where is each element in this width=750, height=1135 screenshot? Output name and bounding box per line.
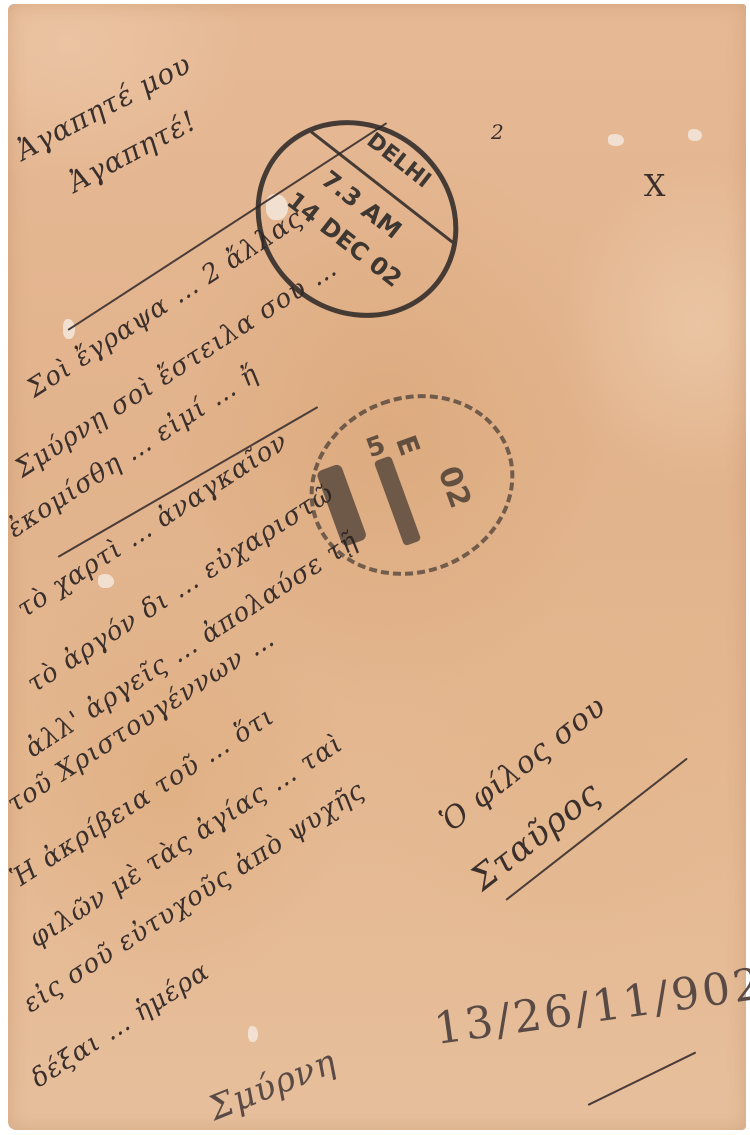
paper-wear-spot: [608, 134, 624, 146]
marginal-x-mark: X: [644, 169, 666, 204]
marginal-number: 2: [491, 120, 505, 144]
postmark-fragment: 02: [431, 462, 478, 513]
place-name: Σμύρνη: [203, 1042, 342, 1129]
postmark-ink-smudge: [374, 456, 422, 547]
date: 13/26/11/902: [431, 958, 750, 1055]
paper-wear-spot: [248, 1026, 258, 1042]
postcard: Ἀγαπητέ μου Ἀγαπητέ! Σοὶ ἔγραψα … 2 ἄλλα…: [8, 4, 746, 1130]
date-underline: [588, 1051, 697, 1105]
postmark-ink-smudge: [316, 463, 368, 547]
postmark-city: DELHI: [362, 128, 436, 193]
postmark-fragment: 5: [362, 430, 389, 464]
postmark-fragment: E: [389, 431, 427, 460]
paper-wear-spot: [688, 129, 702, 141]
